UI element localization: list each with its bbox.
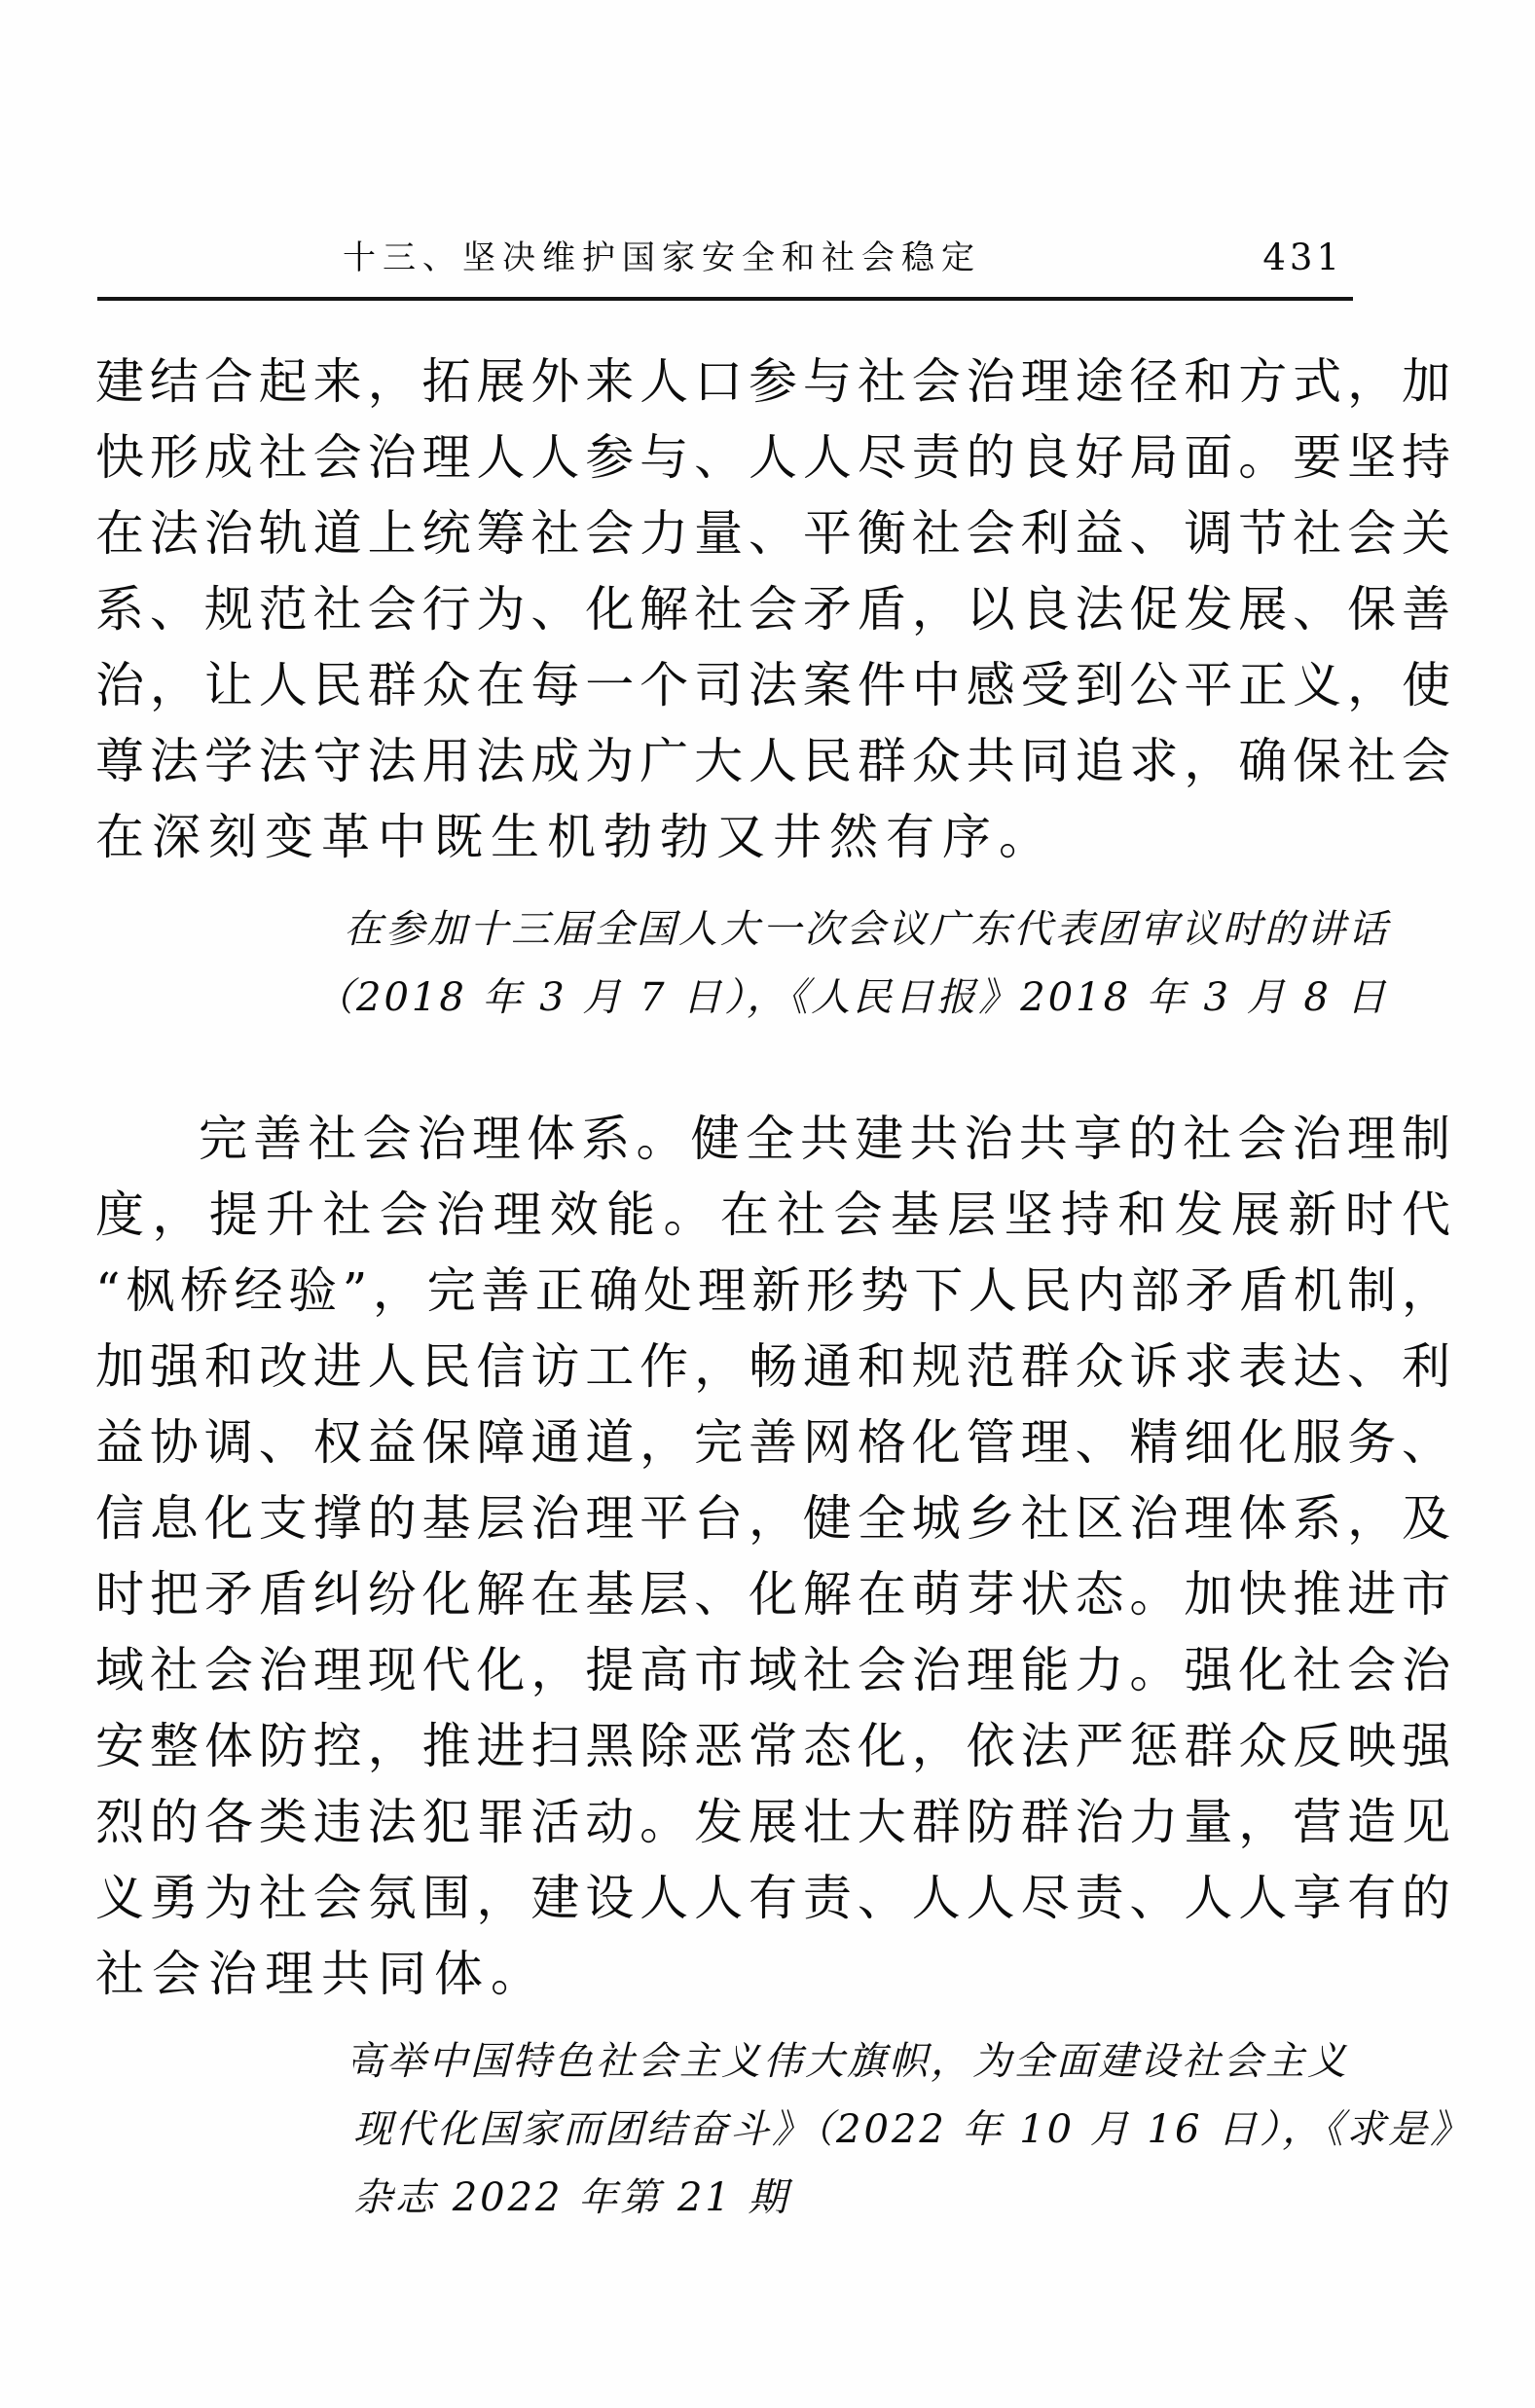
paragraph-2: 完善社会治理体系。健全共建共治共享的社会治理制度，提升社会治理效能。在社会基层坚… — [95, 1101, 1450, 2012]
text-line: 建结合起来，拓展外来人口参与社会治理途径和方式，加 — [95, 344, 1450, 420]
header-rule — [97, 297, 1353, 301]
chapter-title: 十三、坚决维护国家安全和社会稳定 — [97, 237, 1226, 279]
text-line: 社会治理共同体。 — [95, 1936, 1450, 2012]
book-page: 十三、坚决维护国家安全和社会稳定 431 建结合起来，拓展外来人口参与社会治理途… — [0, 0, 1535, 2408]
text-line: 时把矛盾纠纷化解在基层、化解在萌芽状态。加快推进市 — [95, 1556, 1450, 1632]
text-line: 烈的各类违法犯罪活动。发展壮大群防群治力量，营造见 — [95, 1784, 1450, 1860]
text-line: 度，提升社会治理效能。在社会基层坚持和发展新时代 — [95, 1177, 1450, 1253]
text-line: 系、规范社会行为、化解社会矛盾，以良法促发展、保善 — [95, 571, 1450, 647]
text-line: 在参加十三届全国人大一次会议广东代表团审议时的讲话 — [314, 895, 1444, 964]
text-line: 在法治轨道上统筹社会力量、平衡社会利益、调节社会关 — [95, 495, 1450, 571]
text-line: 《高举中国特色社会主义伟大旗帜，为全面建设社会主义 — [353, 2027, 1453, 2096]
text-line: 加强和改进人民信访工作，畅通和规范群众诉求表达、利 — [95, 1329, 1450, 1405]
text-line: 安整体防控，推进扫黑除恶常态化，依法严惩群众反映强 — [95, 1708, 1450, 1784]
text-line: 信息化支撑的基层治理平台，健全城乡社区治理体系，及 — [95, 1480, 1450, 1556]
text-line: 义勇为社会氛围，建设人人有责、人人尽责、人人享有的 — [95, 1860, 1450, 1936]
text-line: 快形成社会治理人人参与、人人尽责的良好局面。要坚持 — [95, 420, 1450, 495]
paragraph-1: 建结合起来，拓展外来人口参与社会治理途径和方式，加快形成社会治理人人参与、人人尽… — [95, 344, 1450, 875]
text-line: （2018 年 3 月 7 日），《人民日报》2018 年 3 月 8 日 — [314, 964, 1444, 1032]
text-line: 杂志 2022 年第 21 期 — [353, 2164, 1453, 2232]
text-line: 域社会治理现代化，提高市域社会治理能力。强化社会治 — [95, 1632, 1450, 1708]
running-head: 十三、坚决维护国家安全和社会稳定 431 — [97, 237, 1353, 285]
page-number: 431 — [1262, 238, 1343, 277]
text-line: 益协调、权益保障通道，完善网格化管理、精细化服务、 — [95, 1405, 1450, 1480]
text-line: “枫桥经验”，完善正确处理新形势下人民内部矛盾机制， — [95, 1253, 1450, 1329]
text-line: 现代化国家而团结奋斗》（2022 年 10 月 16 日），《求是》 — [353, 2096, 1453, 2164]
text-line: 尊法学法守法用法成为广大人民群众共同追求，确保社会 — [95, 723, 1450, 799]
citation-source-2: 《高举中国特色社会主义伟大旗帜，为全面建设社会主义现代化国家而团结奋斗》（202… — [353, 2027, 1453, 2232]
text-line: 完善社会治理体系。健全共建共治共享的社会治理制 — [95, 1101, 1450, 1177]
citation-source-1: 在参加十三届全国人大一次会议广东代表团审议时的讲话（2018 年 3 月 7 日… — [314, 895, 1444, 1032]
text-line: 治，让人民群众在每一个司法案件中感受到公平正义，使 — [95, 647, 1450, 723]
text-line: 在深刻变革中既生机勃勃又井然有序。 — [95, 799, 1450, 875]
